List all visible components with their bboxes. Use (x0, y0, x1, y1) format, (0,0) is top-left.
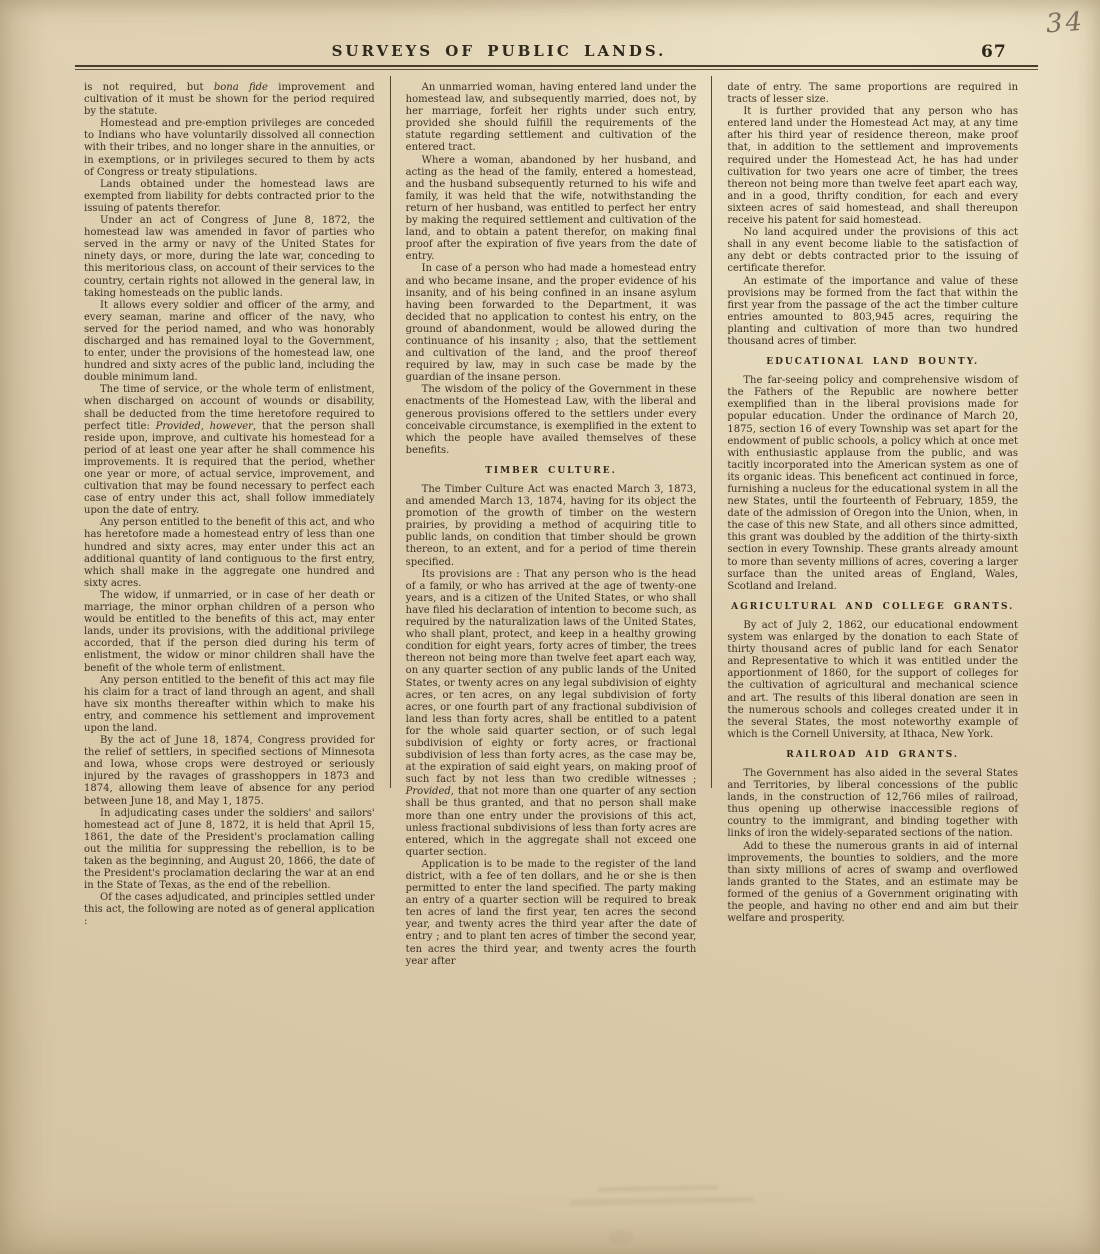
paragraph: The Government has also aided in the sev… (727, 768, 1018, 841)
handwritten-note: 34 (1045, 7, 1086, 40)
paragraph: Homestead and pre-emption privileges are… (84, 118, 375, 178)
paragraph: Any person entitled to the benefit of th… (84, 517, 375, 590)
page-number: 67 (981, 42, 1007, 62)
paragraph: Where a woman, abandoned by her husband,… (406, 155, 697, 264)
column-3: date of entry. The same proportions are … (727, 82, 1018, 925)
show-through-mark (608, 1230, 634, 1244)
paragraph: Its provisions are : That any person who… (406, 569, 697, 859)
column-divider (711, 76, 712, 788)
paragraph: In case of a person who had made a homes… (406, 263, 697, 384)
paragraph: By the act of June 18, 1874, Congress pr… (84, 735, 375, 808)
paragraph: Of the cases adjudicated, and principles… (84, 892, 375, 928)
paragraph: Under an act of Congress of June 8, 1872… (84, 215, 375, 300)
paragraph: The far-seeing policy and comprehensive … (727, 375, 1018, 593)
paragraph: Lands obtained under the homestead laws … (84, 179, 375, 215)
paragraph: The time of service, or the whole term o… (84, 384, 375, 517)
paragraph: The Timber Culture Act was enacted March… (406, 484, 697, 569)
document-page: SURVEYS OF PUBLIC LANDS. 67 34 is not re… (0, 0, 1100, 1254)
paragraph: It is further provided that any person w… (727, 106, 1018, 227)
section-heading: TIMBER CULTURE. (406, 465, 697, 477)
section-heading: AGRICULTURAL AND COLLEGE GRANTS. (727, 601, 1018, 613)
paragraph: In adjudicating cases under the soldiers… (84, 808, 375, 893)
paragraph: By act of July 2, 1862, our educational … (727, 620, 1018, 741)
section-heading: RAILROAD AID GRANTS. (727, 749, 1018, 761)
paragraph: An estimate of the importance and value … (727, 276, 1018, 349)
paragraph: Any person entitled to the benefit of th… (84, 675, 375, 735)
paragraph: date of entry. The same proportions are … (727, 82, 1018, 106)
section-heading: EDUCATIONAL LAND BOUNTY. (727, 356, 1018, 368)
show-through-mark (598, 1185, 718, 1192)
column-2: An unmarried woman, having entered land … (406, 82, 697, 968)
paragraph: The widow, if unmarried, or in case of h… (84, 590, 375, 675)
paragraph: Application is to be made to the registe… (406, 859, 697, 968)
column-divider (390, 76, 391, 788)
column-1: is not required, but bona fide improveme… (84, 82, 375, 929)
page-title: SURVEYS OF PUBLIC LANDS. (84, 42, 914, 60)
text-columns: is not required, but bona fide improveme… (84, 82, 1018, 968)
show-through-mark (570, 1196, 755, 1205)
paragraph: The wisdom of the policy of the Governme… (406, 384, 697, 457)
paragraph: No land acquired under the provisions of… (727, 227, 1018, 275)
paragraph: It allows every soldier and officer of t… (84, 300, 375, 385)
paragraph: Add to these the numerous grants in aid … (727, 841, 1018, 926)
paragraph: is not required, but bona fide improveme… (84, 82, 375, 118)
header-double-rule (75, 65, 1038, 70)
paragraph: An unmarried woman, having entered land … (406, 82, 697, 155)
